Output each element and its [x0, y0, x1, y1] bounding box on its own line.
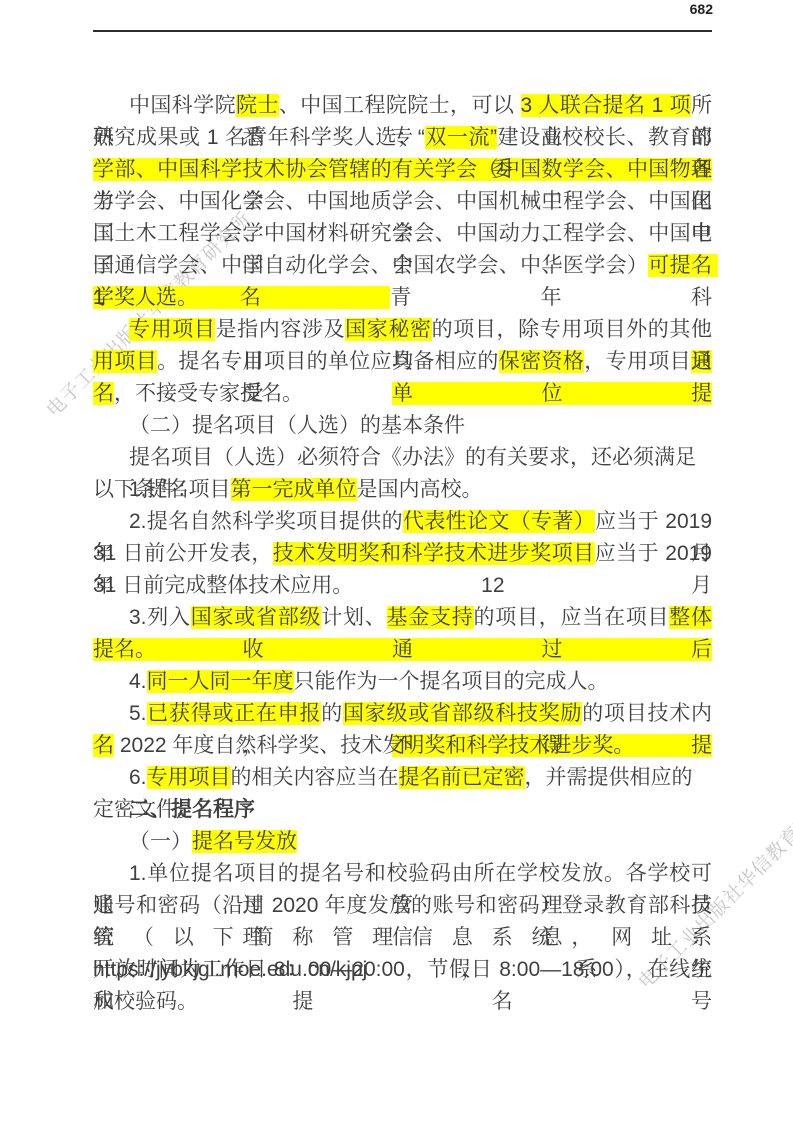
text-segment: 4.: [129, 670, 147, 693]
text-line: 研究成果或 1 名青年科学奖人选；“双一流”建设高校校长、教育部科技委各: [93, 122, 712, 154]
text-segment: 研究成果或 1 名青年科学奖人选；“: [93, 126, 425, 149]
text-line: 31 日前公开发表，技术发明奖和科学技术进步奖项目应当于 2019 年 12 月: [93, 538, 712, 570]
highlighted-text: 基金支持: [387, 606, 474, 629]
highlighted-text: 同一人同一年度: [147, 670, 294, 693]
text-line: 1.单位提名项目的提名号和校验码由所在学校发放。各学校可通过管理员: [93, 858, 712, 890]
text-line: 3.列入国家或省部级计划、基金支持的项目，应当在项目整体验收通过后: [93, 602, 712, 634]
highlighted-text: 名: [93, 734, 114, 757]
highlighted-text: 已获得或正在申报: [147, 702, 322, 725]
highlighted-text: 3 人联合提名 1 项: [521, 94, 692, 117]
document-body: 中国科学院院士、中国工程院院士，可以 3 人联合提名 1 项所熟悉专业的研究成果…: [93, 90, 712, 1018]
text-line: 1.提名项目第一完成单位是国内高校。: [93, 474, 712, 506]
highlighted-text: 国家或省部级: [191, 606, 322, 629]
highlighted-text: 提名号发放: [192, 830, 297, 853]
text-line: 4.同一人同一年度只能作为一个提名项目的完成人。: [93, 666, 712, 698]
text-line: 用项目。提名专用项目的单位应具备相应的保密资格，专用项目只接受单位提: [93, 346, 712, 378]
text-segment: 的: [321, 702, 343, 725]
text-line: 提名项目（人选）必须符合《办法》的有关要求，还必须满足以下条件：: [93, 442, 712, 474]
text-line: 中国科学院院士、中国工程院院士，可以 3 人联合提名 1 项所熟悉专业的: [93, 90, 712, 122]
text-segment: 、: [136, 158, 157, 181]
text-segment: 二、提名程序: [129, 798, 255, 821]
text-line: 开放时间为工作日 8：00—20:00，节假日 8:00—18:00），在线生成…: [93, 954, 712, 986]
text-segment: 是国内高校。: [357, 478, 483, 501]
text-segment: 只能作为一个提名项目的完成人。: [294, 670, 609, 693]
highlighted-text: 专用项目: [147, 766, 231, 789]
text-segment: 的相关内容应当在: [231, 766, 399, 789]
highlighted-text: 有关学会: [392, 158, 477, 181]
highlighted-text: 学部: [93, 158, 136, 181]
text-segment: 建设高校校长、教育部: [497, 126, 712, 149]
header-rule: [93, 30, 712, 32]
highlighted-text: 提名前已定密: [399, 766, 525, 789]
page-number: 682: [690, 1, 713, 17]
text-segment: 和校验码。: [93, 990, 198, 1013]
text-segment: 的项目，应当在项目: [474, 606, 670, 629]
text-line: 学部、中国科学技术协会管辖的有关学会（中国数学会、中国物理学会、中国: [93, 154, 712, 186]
text-line: 力学会、中国化学会、中国地质学会、中国机械工程学会、中国化工学会、中: [93, 186, 712, 218]
highlighted-text: 国家秘密: [345, 318, 431, 341]
text-segment: 、中国工程院院士，可以: [279, 94, 521, 117]
highlighted-text: 专用项目: [129, 318, 215, 341]
text-segment: ，不接受专家提名。: [114, 382, 303, 405]
highlighted-text: 用项目: [93, 350, 157, 373]
text-segment: 6.: [129, 766, 147, 789]
text-line: 专用项目是指内容涉及国家秘密的项目，除专用项目外的其他项目均为通: [93, 314, 712, 346]
text-segment: 的: [371, 158, 392, 181]
text-segment: 计划、: [321, 606, 386, 629]
highlighted-text: 名: [93, 382, 114, 405]
text-line: 二、提名程序: [93, 794, 712, 826]
text-segment: 青年科: [390, 286, 712, 309]
text-line: 名 2022 年度自然科学奖、技术发明奖和科学技术进步奖。: [93, 730, 712, 762]
highlighted-text: 院士: [236, 94, 279, 117]
text-segment: 。: [135, 638, 156, 661]
highlighted-text: 国家级或省部级科技奖励: [343, 702, 582, 725]
highlighted-text: 中国科学技术协会管辖: [157, 158, 371, 181]
text-segment: 2.提名自然科学奖项目提供的: [129, 510, 403, 533]
text-line: 6.专用项目的相关内容应当在提名前已定密，并需提供相应的定密文件。: [93, 762, 712, 794]
text-segment: 。提名专用项目的单位应具备相应的: [157, 350, 499, 373]
text-segment: 中国科学院: [129, 94, 236, 117]
text-line: 2.提名自然科学奖项目提供的代表性论文（专著）应当于 2019 年 12 月: [93, 506, 712, 538]
highlighted-text: 技术发明奖和科学技术进步奖项目: [273, 542, 595, 565]
text-line: 账号和密码（沿用 2020 年度发放的账号和密码）登录教育部科技管理信息系: [93, 890, 712, 922]
text-line: 国通信学会、中国自动化学会、中国农学会、中华医学会）可提名 1 名青年科: [93, 250, 712, 282]
text-segment: 5.: [129, 702, 147, 725]
highlighted-text: 第一完成单位: [231, 478, 357, 501]
highlighted-text: 双一流”: [425, 126, 497, 149]
text-segment: 国通信学会、中国自动化学会、中国农学会、中华医学会）: [93, 254, 648, 277]
text-segment: 学奖人选。: [93, 286, 198, 309]
text-line: 统（以下简称管理信息系统，网址：https://jybkjgl.moe.edu.…: [93, 922, 712, 954]
text-segment: 31 日前完成整体技术应用。: [93, 574, 353, 597]
highlighted-text: 保密资格: [499, 350, 584, 373]
text-segment: （一）: [129, 830, 192, 853]
document-page: 682 电子工业出版社华信教育研究所 电子工业出版社华信教育研究所 中国科学院院…: [0, 0, 793, 1122]
text-line: （二）提名项目（人选）的基本条件: [93, 410, 712, 442]
highlighted-text: 提名: [93, 638, 135, 661]
text-line: 国土木工程学会、中国材料研究学会、中国动力工程学会、中国电子学会、中: [93, 218, 712, 250]
text-segment: 3.列入: [129, 606, 191, 629]
text-line: （一）提名号发放: [93, 826, 712, 858]
text-segment: 1.提名项目: [129, 478, 231, 501]
text-line: 5.已获得或正在申报的国家级或省部级科技奖励的项目技术内容，不得提: [93, 698, 712, 730]
text-segment: 31 日前公开发表，: [93, 542, 273, 565]
highlighted-text: 单位提: [392, 382, 712, 405]
text-segment: 2022 年度自然科学奖、技术发明奖和科学技术进步奖。: [114, 734, 634, 757]
text-segment: 是指内容涉及: [215, 318, 345, 341]
text-segment: （二）提名项目（人选）的基本条件: [129, 414, 465, 437]
highlighted-text: 代表性论文（专著）: [403, 510, 595, 533]
